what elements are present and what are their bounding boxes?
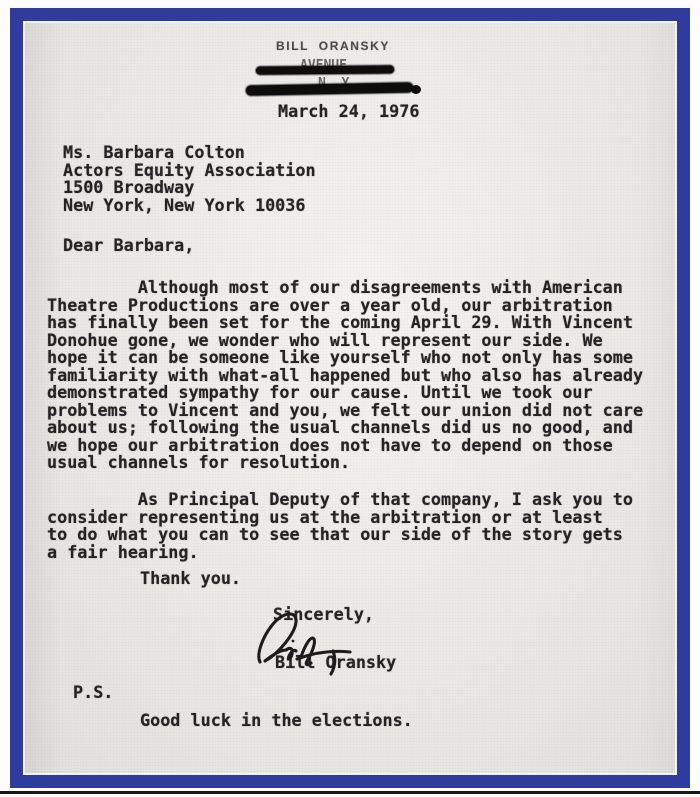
signature-scribble	[256, 612, 358, 676]
body-paragraph-2: As Principal Deputy of that company, I a…	[47, 491, 633, 561]
ps-label: P.S.	[73, 684, 113, 702]
redaction-bar-2-dot	[411, 85, 421, 94]
scan-edge-line	[0, 791, 700, 794]
body-paragraph-1: Although most of our disagreements with …	[47, 279, 643, 472]
salutation: Dear Barbara,	[63, 237, 194, 255]
ps-text: Good luck in the elections.	[140, 712, 413, 730]
recipient-address-block: Ms. Barbara Colton Actors Equity Associa…	[63, 144, 316, 214]
letter-date: March 24, 1976	[278, 103, 419, 121]
letterhead-name: BILL ORANSKY	[276, 39, 390, 53]
scanned-letter-page: BILL ORANSKY AVENUE N. Y. March 24, 1976…	[0, 0, 700, 797]
thank-you-line: Thank you.	[140, 570, 241, 588]
redaction-bar-1	[256, 65, 394, 74]
